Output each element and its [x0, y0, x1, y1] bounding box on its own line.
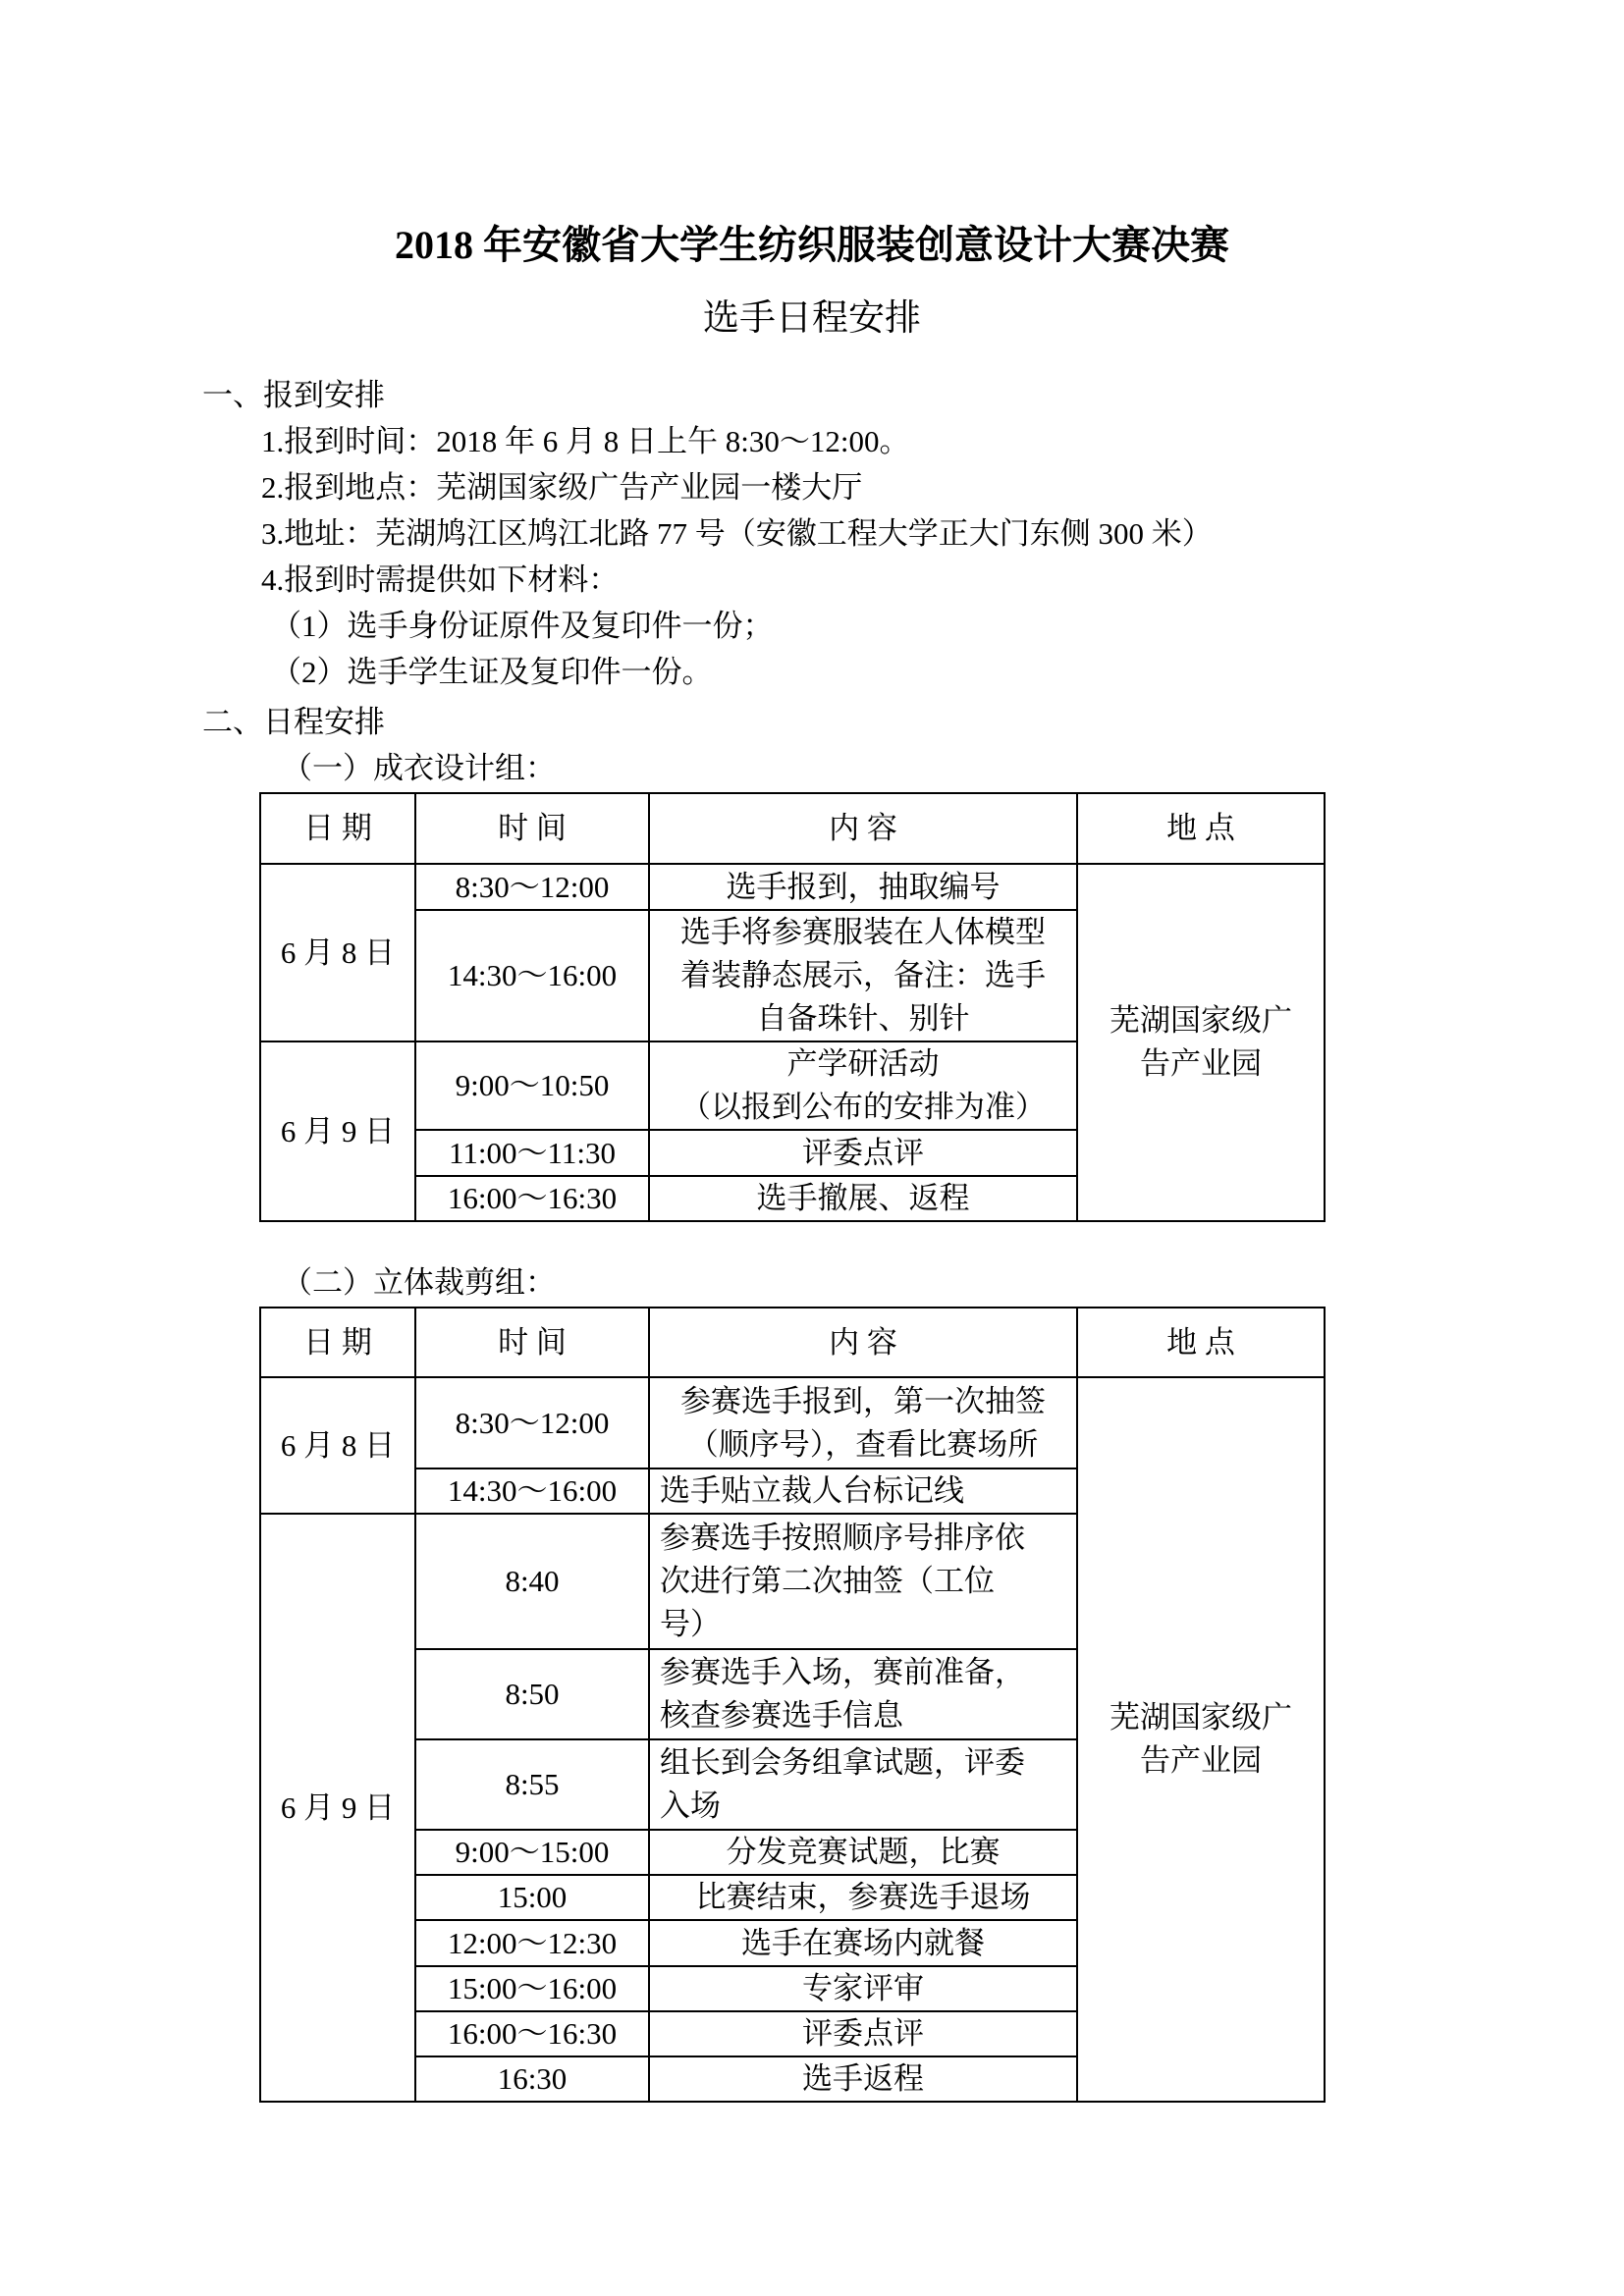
cell-time: 8:50 — [415, 1649, 649, 1739]
cell-time: 14:30～16:00 — [415, 1468, 649, 1514]
column-header-content: 内 容 — [649, 793, 1077, 864]
cell-content: 选手报到，抽取编号 — [649, 864, 1077, 910]
column-header-location: 地 点 — [1077, 793, 1325, 864]
list-item-student-card: （2）选手学生证及复印件一份。 — [271, 649, 1624, 695]
group2-heading-wrap: （二）立体裁剪组： — [0, 1259, 1624, 1306]
document-page: 2018 年安徽省大学生纺织服装创意设计大赛决赛 选手日程安排 一、报到安排 1… — [0, 0, 1624, 2296]
cell-content: 组长到会务组拿试题，评委 入场 — [649, 1739, 1077, 1830]
column-header-time: 时 间 — [415, 793, 649, 864]
cell-time: 15:00～16:00 — [415, 1966, 649, 2011]
cell-time: 12:00～12:30 — [415, 1920, 649, 1966]
cell-time: 8:55 — [415, 1739, 649, 1830]
cell-content: 选手撤展、返程 — [649, 1176, 1077, 1221]
page-title: 2018 年安徽省大学生纺织服装创意设计大赛决赛 — [0, 218, 1624, 273]
cell-content: 评委点评 — [649, 1130, 1077, 1176]
cell-content: 产学研活动 （以报到公布的安排为准） — [649, 1041, 1077, 1130]
cell-content: 参赛选手入场，赛前准备， 核查参赛选手信息 — [649, 1649, 1077, 1739]
table-header-row: 日 期 时 间 内 容 地 点 — [260, 1308, 1325, 1377]
cell-location: 芜湖国家级广 告产业园 — [1077, 1377, 1325, 2102]
cell-content: 分发竞赛试题，比赛 — [649, 1830, 1077, 1875]
table-row: 6 月 8 日 8:30～12:00 选手报到，抽取编号 芜湖国家级广 告产业园 — [260, 864, 1325, 910]
cell-date-jun9: 6 月 9 日 — [260, 1514, 415, 2102]
cell-content: 选手在赛场内就餐 — [649, 1920, 1077, 1966]
section1-heading: 一、报到安排 — [202, 372, 1624, 418]
column-header-content: 内 容 — [649, 1308, 1077, 1377]
page-subtitle: 选手日程安排 — [0, 294, 1624, 345]
cell-time: 14:30～16:00 — [415, 910, 649, 1041]
cell-location: 芜湖国家级广 告产业园 — [1077, 864, 1325, 1221]
cell-time: 9:00～10:50 — [415, 1041, 649, 1130]
cell-time: 16:30 — [415, 2056, 649, 2102]
cell-content: 专家评审 — [649, 1966, 1077, 2011]
column-header-location: 地 点 — [1077, 1308, 1325, 1377]
cell-content: 选手返程 — [649, 2056, 1077, 2102]
cell-date-jun8: 6 月 8 日 — [260, 1377, 415, 1514]
table-header-row: 日 期 时 间 内 容 地 点 — [260, 793, 1325, 864]
cell-time: 16:00～16:30 — [415, 1176, 649, 1221]
column-header-date: 日 期 — [260, 1308, 415, 1377]
cell-content: 比赛结束，参赛选手退场 — [649, 1875, 1077, 1920]
schedule-table-garment-design: 日 期 时 间 内 容 地 点 6 月 8 日 8:30～12:00 选手报到，… — [259, 792, 1326, 1222]
group2-heading: （二）立体裁剪组： — [282, 1259, 1624, 1306]
cell-content: 选手贴立裁人台标记线 — [649, 1468, 1077, 1514]
cell-time: 8:40 — [415, 1514, 649, 1649]
list-item-report-time: 1.报到时间：2018 年 6 月 8 日上午 8:30～12:00。 — [261, 418, 1624, 464]
cell-content: 选手将参赛服装在人体模型 着装静态展示，备注：选手 自备珠针、别针 — [649, 910, 1077, 1041]
list-item-materials: 4.报到时需提供如下材料： — [261, 557, 1624, 603]
column-header-time: 时 间 — [415, 1308, 649, 1377]
cell-time: 8:30～12:00 — [415, 864, 649, 910]
group1-heading: （一）成衣设计组： — [282, 745, 1624, 791]
cell-time: 8:30～12:00 — [415, 1377, 649, 1468]
cell-time: 16:00～16:30 — [415, 2011, 649, 2056]
cell-time: 11:00～11:30 — [415, 1130, 649, 1176]
cell-content: 参赛选手按照顺序号排序依 次进行第二次抽签（工位 号） — [649, 1514, 1077, 1649]
section-schedule: 二、日程安排 — [0, 699, 1624, 745]
cell-time: 15:00 — [415, 1875, 649, 1920]
cell-time: 9:00～15:00 — [415, 1830, 649, 1875]
cell-date-jun9: 6 月 9 日 — [260, 1041, 415, 1221]
cell-content: 参赛选手报到，第一次抽签 （顺序号），查看比赛场所 — [649, 1377, 1077, 1468]
schedule-table-draping: 日 期 时 间 内 容 地 点 6 月 8 日 8:30～12:00 参赛选手报… — [259, 1307, 1326, 2103]
list-item-id-card: （1）选手身份证原件及复印件一份； — [271, 603, 1624, 649]
cell-content: 评委点评 — [649, 2011, 1077, 2056]
group1-heading-wrap: （一）成衣设计组： — [0, 745, 1624, 791]
section2-heading: 二、日程安排 — [202, 699, 1624, 745]
column-header-date: 日 期 — [260, 793, 415, 864]
list-item-address: 3.地址：芜湖鸠江区鸠江北路 77 号（安徽工程大学正大门东侧 300 米） — [261, 510, 1624, 557]
section-registration: 一、报到安排 1.报到时间：2018 年 6 月 8 日上午 8:30～12:0… — [0, 372, 1624, 695]
list-item-report-place: 2.报到地点：芜湖国家级广告产业园一楼大厅 — [261, 464, 1624, 510]
table-row: 6 月 8 日 8:30～12:00 参赛选手报到，第一次抽签 （顺序号），查看… — [260, 1377, 1325, 1468]
cell-date-jun8: 6 月 8 日 — [260, 864, 415, 1041]
